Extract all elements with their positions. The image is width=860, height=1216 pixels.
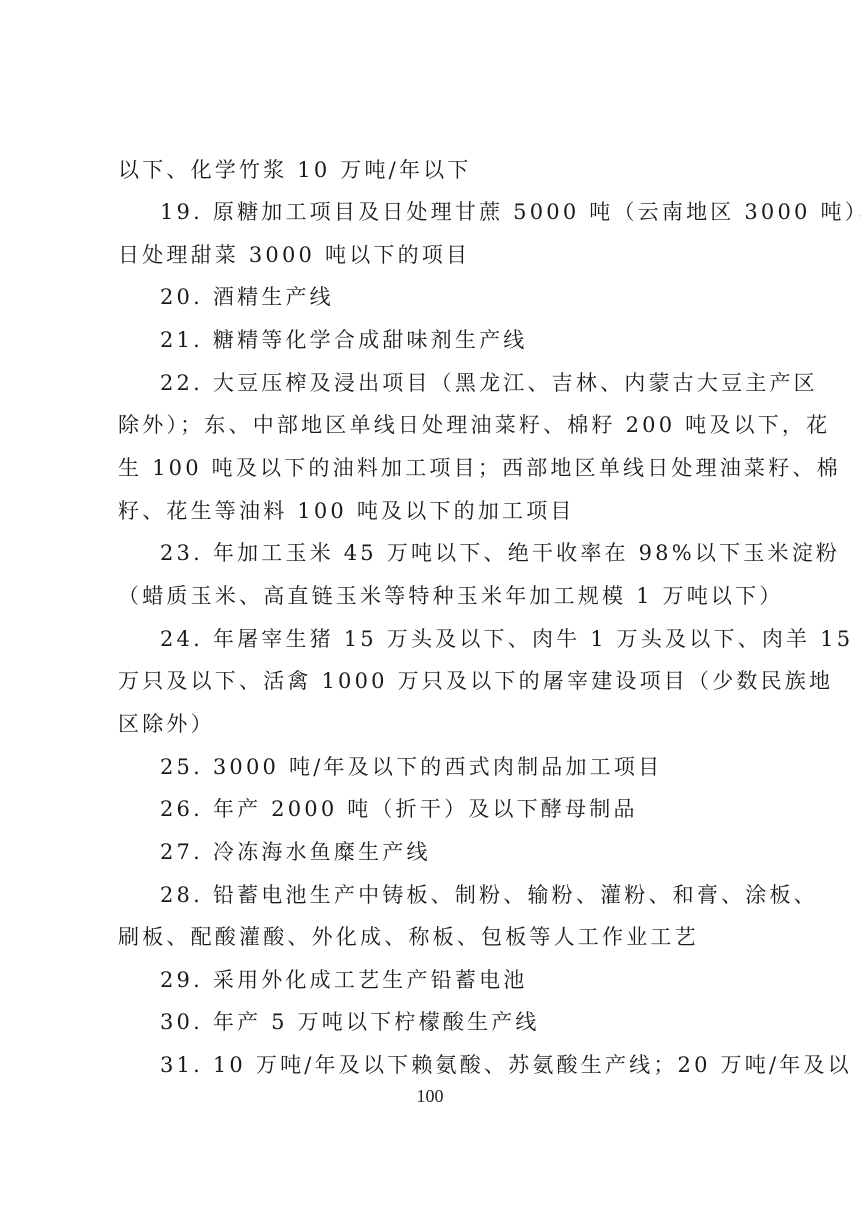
list-item-start-line: 20. 酒精生产线: [160, 282, 334, 312]
list-item-start-line: 21. 糖精等化学合成甜味剂生产线: [160, 325, 527, 355]
list-item-start-line: 25. 3000 吨/年及以下的西式肉制品加工项目: [160, 752, 662, 782]
text-line: 万只及以下、活禽 1000 万只及以下的屠宰建设项目（少数民族地: [118, 666, 833, 696]
list-item-start-line: 29. 采用外化成工艺生产铅蓄电池: [160, 965, 527, 995]
list-item-start-line: 28. 铅蓄电池生产中铸板、制粉、输粉、灌粉、和膏、涂板、: [160, 880, 818, 910]
list-item-start-line: 31. 10 万吨/年及以下赖氨酸、苏氨酸生产线；20 万吨/年及以: [160, 1050, 852, 1080]
page-number: 100: [0, 1086, 860, 1107]
text-line: （蜡质玉米、高直链玉米等特种玉米年加工规模 1 万吨以下）: [118, 581, 784, 611]
list-item-start-line: 30. 年产 5 万吨以下柠檬酸生产线: [160, 1007, 540, 1037]
text-line: 区除外）: [118, 709, 215, 739]
text-line: 以下、化学竹浆 10 万吨/年以下: [118, 155, 472, 185]
document-page: 以下、化学竹浆 10 万吨/年以下19. 原糖加工项目及日处理甘蔗 5000 吨…: [0, 0, 860, 1216]
list-item-start-line: 24. 年屠宰生猪 15 万头及以下、肉牛 1 万头及以下、肉羊 15: [160, 624, 853, 654]
text-line: 籽、花生等油料 100 吨及以下的加工项目: [118, 496, 575, 526]
text-line: 生 100 吨及以下的油料加工项目；西部地区单线日处理油菜籽、棉: [118, 453, 841, 483]
list-item-start-line: 27. 冷冻海水鱼糜生产线: [160, 837, 431, 867]
list-item-start-line: 23. 年加工玉米 45 万吨以下、绝干收率在 98%以下玉米淀粉: [160, 538, 840, 568]
list-item-start-line: 19. 原糖加工项目及日处理甘蔗 5000 吨（云南地区 3000 吨）、: [160, 197, 860, 227]
list-item-start-line: 26. 年产 2000 吨（折干）及以下酵母制品: [160, 794, 638, 824]
text-line: 刷板、配酸灌酸、外化成、称板、包板等人工作业工艺: [118, 922, 699, 952]
list-item-start-line: 22. 大豆压榨及浸出项目（黑龙江、吉林、内蒙古大豆主产区: [160, 368, 818, 398]
text-line: 日处理甜菜 3000 吨以下的项目: [118, 240, 470, 270]
text-line: 除外）；东、中部地区单线日处理油菜籽、棉籽 200 吨及以下，花: [118, 410, 830, 440]
